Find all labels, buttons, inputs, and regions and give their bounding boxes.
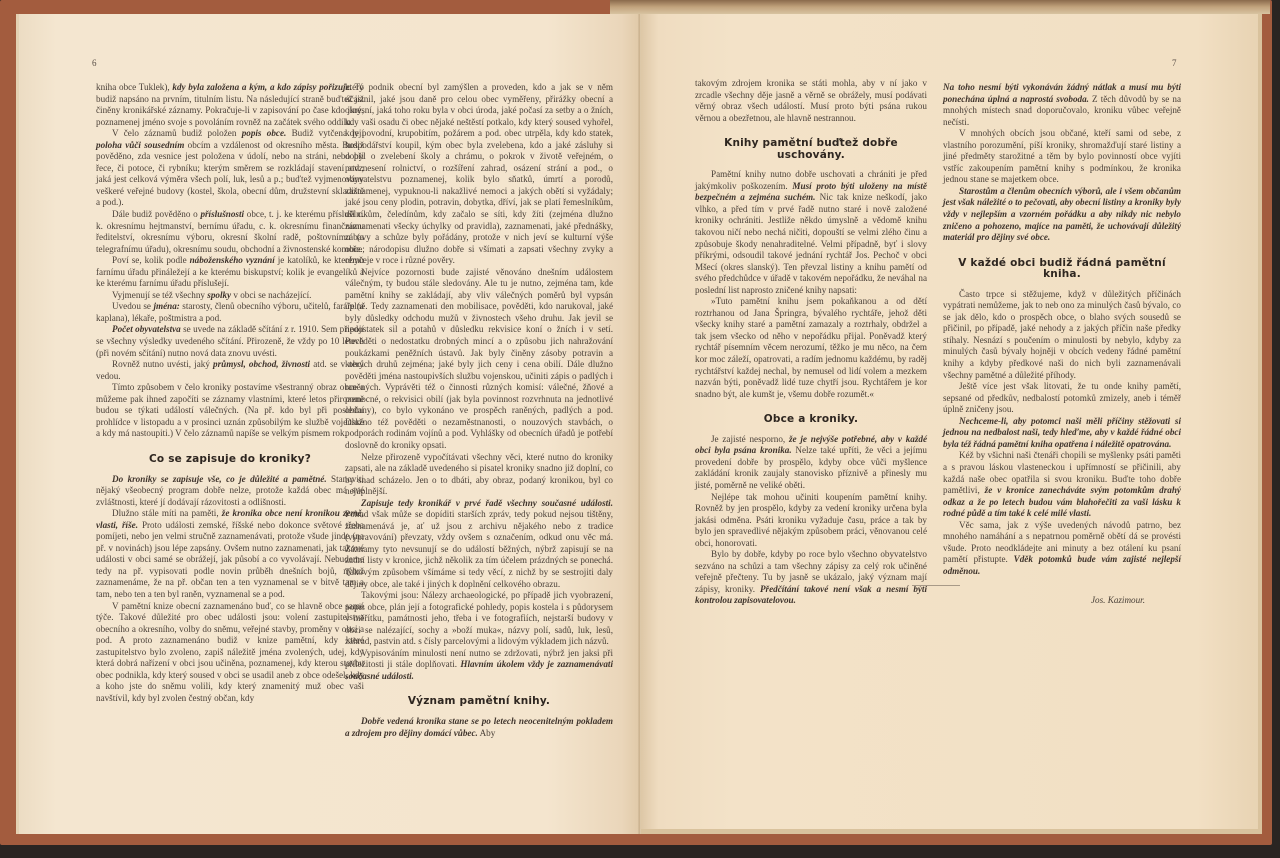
quote-paragraph: »Tuto pamětní knihu jsem pokaňkanou a od…	[695, 296, 927, 400]
paragraph: Takovými jsou: Nálezy archaeologické, po…	[345, 590, 613, 648]
page-edges	[610, 0, 1270, 14]
paragraph: Ještě více jest však litovati, že tu ond…	[943, 381, 1181, 416]
column-2: který podnik obecní byl zamýšlen a prove…	[345, 82, 613, 739]
end-rule	[912, 585, 960, 586]
section-heading: Co se zapisuje do kroniky?	[96, 454, 364, 466]
column-3: takovým zdrojem kronika se státi mohla, …	[695, 78, 927, 607]
paragraph: Často trpce si stěžujeme, když v důležit…	[943, 289, 1181, 381]
paragraph: kniha obce Tuklek), kdy byla založena a …	[96, 82, 364, 128]
paragraph: V pamětní knize obecní zaznamenáno buď, …	[96, 601, 364, 705]
author-signature: Jos. Kazimour.	[943, 595, 1181, 607]
paragraph: V čelo záznamů budiž položen popis obce.…	[96, 128, 364, 209]
paragraph: Věc sama, jak z výše uvedených návodů pa…	[943, 520, 1181, 578]
paragraph: Kéž by všichni naši čtenáři chopili se m…	[943, 450, 1181, 519]
paragraph: V mnohých obcích jsou občané, kteří sami…	[943, 128, 1181, 186]
column-4: Na toho nesmí býti vykonáván žádný nátla…	[943, 82, 1181, 607]
paragraph: Dále budiž pověděno o příslušnosti obce,…	[96, 209, 364, 255]
paragraph: Nechceme-li, aby potomci naši měli příči…	[943, 416, 1181, 451]
paragraph: Poví se, kolik podle náboženského vyznán…	[96, 255, 364, 290]
page-number-right: 7	[1172, 58, 1177, 68]
paragraph: Pamětní knihy nutno dobře uschovati a ch…	[695, 169, 927, 296]
paragraph: Na toho nesmí býti vykonáván žádný nátla…	[943, 82, 1181, 128]
page-number-left: 6	[92, 58, 97, 68]
paragraph: Uvedou se jména: starosty, členů obecníh…	[96, 301, 364, 324]
paragraph: který podnik obecní byl zamýšlen a prove…	[345, 82, 613, 267]
paragraph: Dobře vedená kronika stane se po letech …	[345, 716, 613, 739]
section-heading: Obce a kroniky.	[695, 414, 927, 426]
paragraph: Starostům a členům obecních výborů, ale …	[943, 186, 1181, 244]
section-heading: V každé obci budiž řádná pamětní kniha.	[943, 258, 1181, 281]
paragraph: Rovněž nutno uvésti, jaký průmysl, obcho…	[96, 359, 364, 382]
paragraph: Dlužno stále míti na paměti, že kronika …	[96, 508, 364, 600]
paragraph: Bylo by dobře, kdyby po roce bylo všechn…	[695, 549, 927, 607]
paragraph: takovým zdrojem kronika se státi mohla, …	[695, 78, 927, 124]
paragraph: Nejlépe tak mohou učiniti koupením pamět…	[695, 492, 927, 550]
column-1: kniha obce Tuklek), kdy byla založena a …	[96, 82, 364, 704]
paragraph: Do kroniky se zapisuje vše, co je důleži…	[96, 474, 364, 509]
paragraph: Počet obyvatelstva se uvede na základě s…	[96, 324, 364, 359]
paragraph: Je zajisté nesporno, že je nejvýše potře…	[695, 434, 927, 492]
section-heading: Knihy pamětní buďtež dobře uschovány.	[695, 138, 927, 161]
paragraph: Nelze přirozeně vypočítávati všechny věc…	[345, 452, 613, 498]
book-gutter	[638, 14, 641, 834]
paragraph: Zapisuje tedy kronikář v prvé řadě všech…	[345, 498, 613, 590]
paragraph: Vyjmenují se též všechny spolky v obci s…	[96, 290, 364, 302]
paragraph: Nejvíce pozornosti bude zajisté věnováno…	[345, 267, 613, 452]
section-heading: Význam pamětní knihy.	[345, 696, 613, 708]
paragraph: Vypisováním minulosti není nutno se zdrž…	[345, 648, 613, 683]
paragraph: Tímto způsobem v čelo kroniky postavíme …	[96, 382, 364, 440]
